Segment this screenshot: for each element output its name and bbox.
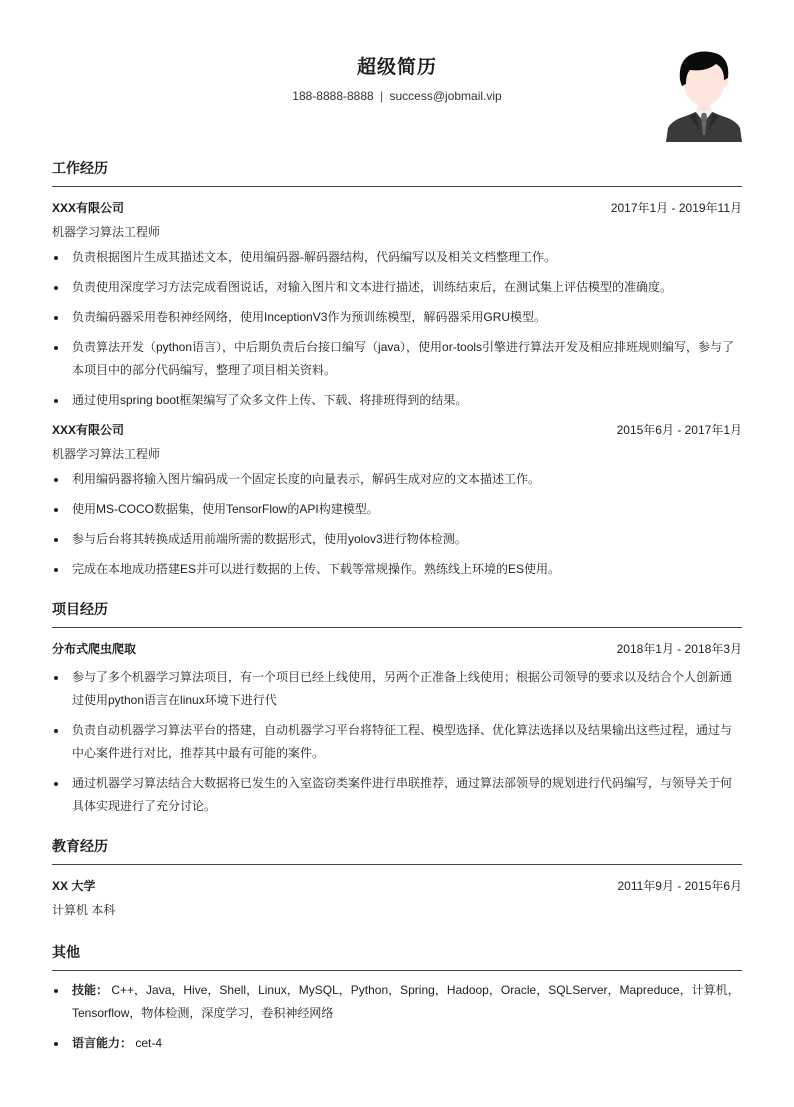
entry-date: 2018年1月 - 2018年3月 bbox=[617, 640, 742, 657]
entry-date: 2011年9月 - 2015年6月 bbox=[617, 877, 742, 894]
company-name: XXX有限公司 bbox=[52, 421, 124, 438]
bullet-list: 负责根据图片生成其描述文本，使用编码器-解码器结构，代码编写以及相关文档整理工作… bbox=[52, 246, 742, 412]
education-entry: XX 大学 2011年9月 - 2015年6月 计算机 本科 bbox=[52, 875, 742, 920]
education-section: 教育经历 XX 大学 2011年9月 - 2015年6月 计算机 本科 bbox=[52, 836, 742, 920]
project-name: 分布式爬虫爬取 bbox=[52, 640, 136, 657]
resume-page: 超级简历 188-8888-8888 | success@jobmail.vip bbox=[0, 0, 794, 1107]
skills-item: 技能： C++，Java，Hive，Shell，Linux，MySQL，Pyth… bbox=[52, 979, 742, 1025]
bullet-list: 利用编码器将输入图片编码成一个固定长度的向量表示，解码生成对应的文本描述工作。 … bbox=[52, 468, 742, 581]
bullet-list: 参与了多个机器学习算法项目，有一个项目已经上线使用，另两个正准备上线使用；根据公… bbox=[52, 666, 742, 818]
language-value: cet-4 bbox=[135, 1036, 162, 1050]
list-item: 使用MS-COCO数据集，使用TensorFlow的API构建模型。 bbox=[52, 498, 742, 521]
list-item: 通过机器学习算法结合大数据将已发生的入室盗窃类案件进行串联推荐，通过算法部领导的… bbox=[52, 772, 742, 818]
list-item: 负责自动机器学习算法平台的搭建，自动机器学习平台将特征工程、模型选择、优化算法选… bbox=[52, 719, 742, 765]
resume-header: 超级简历 188-8888-8888 | success@jobmail.vip bbox=[52, 0, 742, 150]
list-item: 完成在本地成功搭建ES并可以进行数据的上传、下载等常规操作。熟练线上环境的ES使… bbox=[52, 558, 742, 581]
work-experience-section: 工作经历 XXX有限公司 2017年1月 - 2019年11月 机器学习算法工程… bbox=[52, 158, 742, 581]
entry-date: 2017年1月 - 2019年11月 bbox=[611, 199, 742, 216]
work-entry: XXX有限公司 2017年1月 - 2019年11月 机器学习算法工程师 负责根… bbox=[52, 197, 742, 412]
skills-label: 技能： bbox=[72, 983, 108, 997]
contact-separator: | bbox=[380, 89, 383, 103]
section-title-projects: 项目经历 bbox=[52, 599, 742, 628]
list-item: 参与后台将其转换成适用前端所需的数据形式，使用yolov3进行物体检测。 bbox=[52, 528, 742, 551]
list-item: 负责根据图片生成其描述文本，使用编码器-解码器结构，代码编写以及相关文档整理工作… bbox=[52, 246, 742, 269]
email-address: success@jobmail.vip bbox=[390, 89, 502, 103]
bullet-list: 技能： C++，Java，Hive，Shell，Linux，MySQL，Pyth… bbox=[52, 979, 742, 1055]
section-title-education: 教育经历 bbox=[52, 836, 742, 865]
section-title-other: 其他 bbox=[52, 942, 742, 971]
work-entry: XXX有限公司 2015年6月 - 2017年1月 机器学习算法工程师 利用编码… bbox=[52, 419, 742, 581]
resume-title: 超级简历 bbox=[52, 52, 742, 79]
major-degree: 计算机 本科 bbox=[52, 900, 742, 920]
list-item: 负责使用深度学习方法完成看图说话，对输入图片和文本进行描述，训练结束后，在测试集… bbox=[52, 276, 742, 299]
language-item: 语言能力： cet-4 bbox=[52, 1032, 742, 1055]
list-item: 参与了多个机器学习算法项目，有一个项目已经上线使用，另两个正准备上线使用；根据公… bbox=[52, 666, 742, 712]
list-item: 负责编码器采用卷积神经网络，使用InceptionV3作为预训练模型，解码器采用… bbox=[52, 306, 742, 329]
project-entry: 分布式爬虫爬取 2018年1月 - 2018年3月 参与了多个机器学习算法项目，… bbox=[52, 638, 742, 818]
entry-date: 2015年6月 - 2017年1月 bbox=[617, 421, 742, 438]
other-section: 其他 技能： C++，Java，Hive，Shell，Linux，MySQL，P… bbox=[52, 942, 742, 1055]
person-avatar-icon bbox=[666, 50, 742, 142]
skills-value: C++，Java，Hive，Shell，Linux，MySQL，Python，S… bbox=[72, 983, 740, 1020]
company-name: XXX有限公司 bbox=[52, 199, 124, 216]
school-name: XX 大学 bbox=[52, 877, 95, 894]
job-role: 机器学习算法工程师 bbox=[52, 444, 742, 464]
language-label: 语言能力： bbox=[72, 1036, 132, 1050]
job-role: 机器学习算法工程师 bbox=[52, 222, 742, 242]
list-item: 负责算法开发（python语言），中后期负责后台接口编写（java），使用or-… bbox=[52, 336, 742, 382]
list-item: 利用编码器将输入图片编码成一个固定长度的向量表示，解码生成对应的文本描述工作。 bbox=[52, 468, 742, 491]
phone-number: 188-8888-8888 bbox=[292, 89, 373, 103]
section-title-work: 工作经历 bbox=[52, 158, 742, 187]
contact-line: 188-8888-8888 | success@jobmail.vip bbox=[52, 89, 742, 103]
project-experience-section: 项目经历 分布式爬虫爬取 2018年1月 - 2018年3月 参与了多个机器学习… bbox=[52, 599, 742, 818]
list-item: 通过使用spring boot框架编写了众多文件上传、下载、将排班得到的结果。 bbox=[52, 389, 742, 412]
